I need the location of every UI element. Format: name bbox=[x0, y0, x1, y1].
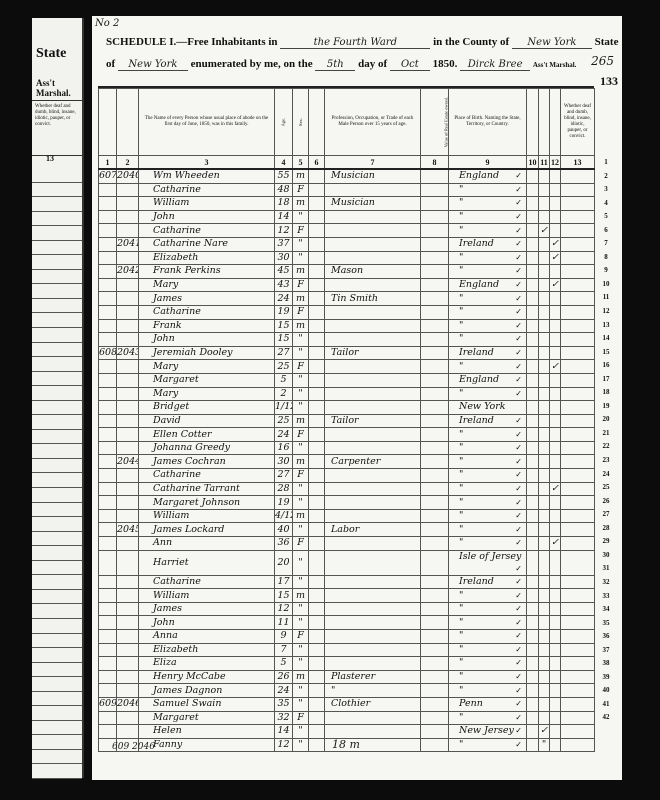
real-estate-value-cell bbox=[421, 670, 449, 684]
age-cell: 40 bbox=[275, 523, 293, 537]
real-estate-value-cell bbox=[421, 550, 449, 575]
condition-cell bbox=[561, 428, 595, 442]
cannot-read-write-cell bbox=[550, 630, 561, 644]
family-number-cell bbox=[117, 670, 139, 684]
sex-cell: " bbox=[293, 496, 309, 510]
adjacent-page-row bbox=[32, 343, 82, 358]
adjacent-page-row bbox=[32, 663, 82, 678]
color-cell bbox=[309, 589, 325, 603]
enumerator-check-mark: ✓ bbox=[515, 293, 526, 305]
color-cell bbox=[309, 738, 325, 752]
dwelling-number-cell bbox=[99, 197, 117, 211]
birthplace-cell: England✓ bbox=[449, 169, 527, 183]
occupation-cell bbox=[325, 237, 421, 251]
birthplace-cell: "✓ bbox=[449, 210, 527, 224]
person-name-cell: Anna bbox=[139, 630, 275, 644]
occupation-cell bbox=[325, 630, 421, 644]
col-header-color: Color, White, black, or mulatto. bbox=[309, 89, 325, 156]
table-row: Ann36F"✓✓ bbox=[99, 537, 595, 551]
line-number: 34 bbox=[596, 603, 616, 617]
attended-school-cell bbox=[539, 319, 550, 333]
age-cell: 24 bbox=[275, 292, 293, 306]
adjacent-page-row bbox=[32, 459, 82, 474]
sex-cell: F bbox=[293, 469, 309, 483]
married-within-year-cell bbox=[527, 292, 539, 306]
dwelling-number-cell bbox=[99, 251, 117, 265]
adjacent-page-row bbox=[32, 735, 82, 750]
state-field: New York bbox=[118, 59, 188, 71]
condition-cell bbox=[561, 575, 595, 589]
dwelling-number-cell bbox=[99, 657, 117, 671]
real-estate-value-cell bbox=[421, 725, 449, 739]
condition-cell bbox=[561, 550, 595, 575]
condition-cell bbox=[561, 684, 595, 698]
cannot-read-write-cell bbox=[550, 183, 561, 197]
table-row: Mary43FEngland✓✓ bbox=[99, 278, 595, 292]
cannot-read-write-cell bbox=[550, 643, 561, 657]
cannot-read-write-cell bbox=[550, 169, 561, 183]
dwelling-number-cell bbox=[99, 509, 117, 523]
dwelling-number-cell bbox=[99, 305, 117, 319]
enumerator-check-mark: ✓ bbox=[515, 617, 526, 629]
line-number: 12 bbox=[596, 305, 616, 319]
adjacent-page-row bbox=[32, 212, 82, 227]
month-field: Oct bbox=[390, 59, 430, 71]
age-cell: 28 bbox=[275, 482, 293, 496]
line-number: 40 bbox=[596, 684, 616, 698]
real-estate-value-cell bbox=[421, 183, 449, 197]
line-number: 4 bbox=[596, 197, 616, 211]
cannot-read-write-cell bbox=[550, 523, 561, 537]
color-cell bbox=[309, 482, 325, 496]
age-cell: 19 bbox=[275, 496, 293, 510]
age-cell: 9 bbox=[275, 630, 293, 644]
col-header-family: Families numbered in the order of visita… bbox=[117, 89, 139, 156]
occupation-cell bbox=[325, 657, 421, 671]
color-cell bbox=[309, 360, 325, 374]
person-name-cell: Elizabeth bbox=[139, 643, 275, 657]
family-number-cell: 2044 bbox=[117, 455, 139, 469]
real-estate-value-cell bbox=[421, 346, 449, 360]
enumerator-check-mark: ✓ bbox=[515, 170, 526, 182]
occupation-cell bbox=[325, 319, 421, 333]
cannot-read-write-cell bbox=[550, 738, 561, 752]
enumerator-check-mark: ✓ bbox=[515, 644, 526, 656]
cannot-read-write-cell: ✓ bbox=[550, 537, 561, 551]
color-cell bbox=[309, 575, 325, 589]
dwelling-number-cell bbox=[99, 589, 117, 603]
adjacent-page-row bbox=[32, 677, 82, 692]
col-header-condition: Whether deaf and dumb, blind, insane, id… bbox=[561, 89, 595, 156]
condition-cell bbox=[561, 319, 595, 333]
year-label: 1850. bbox=[433, 58, 458, 70]
occupation-cell bbox=[325, 305, 421, 319]
enumerated-label: enumerated by me, on the bbox=[191, 58, 313, 70]
married-within-year-cell bbox=[527, 251, 539, 265]
enumerator-check-mark: ✓ bbox=[515, 306, 526, 318]
color-cell bbox=[309, 550, 325, 575]
occupation-cell bbox=[325, 550, 421, 575]
table-row: William15m"✓ bbox=[99, 589, 595, 603]
real-estate-value-cell bbox=[421, 537, 449, 551]
occupation-cell bbox=[325, 183, 421, 197]
line-number: 33 bbox=[596, 590, 616, 604]
birthplace-cell: "✓ bbox=[449, 670, 527, 684]
schedule-label: SCHEDULE I.—Free Inhabitants in bbox=[106, 36, 278, 48]
cannot-read-write-cell bbox=[550, 550, 561, 575]
condition-cell bbox=[561, 509, 595, 523]
person-name-cell: Mary bbox=[139, 360, 275, 374]
sex-cell: F bbox=[293, 183, 309, 197]
condition-cell bbox=[561, 373, 595, 387]
married-within-year-cell bbox=[527, 441, 539, 455]
birthplace-text: " bbox=[459, 524, 463, 535]
line-number: 35 bbox=[596, 617, 616, 631]
occupation-cell bbox=[325, 333, 421, 347]
birthplace-cell: "✓ bbox=[449, 455, 527, 469]
line-number: 31 bbox=[596, 562, 616, 576]
sex-cell: F bbox=[293, 360, 309, 374]
birthplace-cell: "✓ bbox=[449, 265, 527, 279]
color-cell bbox=[309, 251, 325, 265]
dwelling-number-cell bbox=[99, 360, 117, 374]
dwelling-number-cell bbox=[99, 469, 117, 483]
real-estate-value-cell bbox=[421, 224, 449, 238]
real-estate-value-cell bbox=[421, 469, 449, 483]
real-estate-value-cell bbox=[421, 455, 449, 469]
dwelling-number-cell bbox=[99, 630, 117, 644]
birthplace-text: " bbox=[459, 184, 463, 195]
family-number-cell bbox=[117, 333, 139, 347]
condition-cell bbox=[561, 197, 595, 211]
col-header-birthplace: Place of Birth. Naming the State, Territ… bbox=[449, 89, 527, 156]
attended-school-cell bbox=[539, 616, 550, 630]
family-number-cell bbox=[117, 509, 139, 523]
age-cell: 36 bbox=[275, 537, 293, 551]
adjacent-page-row bbox=[32, 561, 82, 576]
attended-school-cell bbox=[539, 346, 550, 360]
age-cell: 19 bbox=[275, 305, 293, 319]
dwelling-number-cell bbox=[99, 373, 117, 387]
attended-school-cell bbox=[539, 589, 550, 603]
married-within-year-cell bbox=[527, 373, 539, 387]
sex-cell: F bbox=[293, 537, 309, 551]
condition-cell bbox=[561, 496, 595, 510]
age-cell: 25 bbox=[275, 360, 293, 374]
age-cell: 30 bbox=[275, 251, 293, 265]
dwelling-number-cell bbox=[99, 575, 117, 589]
real-estate-value-cell bbox=[421, 523, 449, 537]
col-header-school: Attended School within the year. bbox=[539, 89, 550, 156]
adjacent-page-row bbox=[32, 415, 82, 430]
dwelling-number-cell bbox=[99, 725, 117, 739]
sex-cell: " bbox=[293, 657, 309, 671]
adjacent-page-row bbox=[32, 692, 82, 707]
married-within-year-cell bbox=[527, 428, 539, 442]
birthplace-cell: "✓ bbox=[449, 643, 527, 657]
age-cell: 32 bbox=[275, 711, 293, 725]
cannot-read-write-cell bbox=[550, 602, 561, 616]
real-estate-value-cell bbox=[421, 684, 449, 698]
occupation-cell bbox=[325, 575, 421, 589]
person-name-cell: James bbox=[139, 602, 275, 616]
enumerator-check-mark: ✓ bbox=[515, 657, 526, 669]
line-number: 18 bbox=[596, 386, 616, 400]
person-name-cell: Frank Perkins bbox=[139, 265, 275, 279]
sex-cell: " bbox=[293, 251, 309, 265]
adjacent-page-state-label: State bbox=[36, 46, 66, 62]
condition-cell bbox=[561, 697, 595, 711]
occupation-cell bbox=[325, 251, 421, 265]
condition-cell bbox=[561, 441, 595, 455]
cannot-read-write-cell: ✓ bbox=[550, 251, 561, 265]
family-number-cell: 2043 bbox=[117, 346, 139, 360]
age-cell: 15 bbox=[275, 319, 293, 333]
attended-school-cell bbox=[539, 251, 550, 265]
birthplace-cell: Ireland✓ bbox=[449, 414, 527, 428]
person-name-cell: John bbox=[139, 333, 275, 347]
color-cell bbox=[309, 711, 325, 725]
sex-cell: m bbox=[293, 197, 309, 211]
family-number-cell bbox=[117, 575, 139, 589]
birthplace-cell: "✓ bbox=[449, 469, 527, 483]
birthplace-cell: England✓ bbox=[449, 373, 527, 387]
line-number: 14 bbox=[596, 332, 616, 346]
real-estate-value-cell bbox=[421, 373, 449, 387]
enumerator-check-mark: ✓ bbox=[515, 238, 526, 250]
attended-school-cell bbox=[539, 537, 550, 551]
sex-cell: " bbox=[293, 333, 309, 347]
condition-cell bbox=[561, 237, 595, 251]
table-row: 2041Catharine Nare37"Ireland✓✓ bbox=[99, 237, 595, 251]
dwelling-number-cell bbox=[99, 183, 117, 197]
color-cell bbox=[309, 224, 325, 238]
table-row: William18mMusician"✓ bbox=[99, 197, 595, 211]
person-name-cell: John bbox=[139, 616, 275, 630]
birthplace-cell: New Jersey✓ bbox=[449, 725, 527, 739]
family-number-cell bbox=[117, 210, 139, 224]
married-within-year-cell bbox=[527, 523, 539, 537]
attended-school-cell bbox=[539, 496, 550, 510]
adjacent-page-row bbox=[32, 764, 82, 779]
footer-tally-total: 18 m bbox=[332, 738, 360, 751]
table-row: John14""✓ bbox=[99, 210, 595, 224]
condition-cell bbox=[561, 333, 595, 347]
real-estate-value-cell bbox=[421, 401, 449, 415]
real-estate-value-cell bbox=[421, 657, 449, 671]
family-number-cell bbox=[117, 725, 139, 739]
real-estate-value-cell bbox=[421, 197, 449, 211]
adjacent-page-row bbox=[32, 634, 82, 649]
family-number-cell bbox=[117, 278, 139, 292]
age-cell: 45 bbox=[275, 265, 293, 279]
enumerator-check-mark: ✓ bbox=[515, 563, 526, 575]
occupation-cell: Tailor bbox=[325, 414, 421, 428]
occupation-cell: Mason bbox=[325, 265, 421, 279]
birthplace-text: " bbox=[459, 671, 463, 682]
adjacent-page-row bbox=[32, 604, 82, 619]
occupation-cell: " bbox=[325, 684, 421, 698]
enumerator-check-mark: ✓ bbox=[515, 347, 526, 359]
birthplace-text: " bbox=[459, 442, 463, 453]
birthplace-text: " bbox=[459, 469, 463, 480]
table-row: 2044James Cochran30mCarpenter"✓ bbox=[99, 455, 595, 469]
birthplace-text: England bbox=[459, 374, 499, 385]
cannot-read-write-cell bbox=[550, 684, 561, 698]
attended-school-cell bbox=[539, 441, 550, 455]
age-cell: 5 bbox=[275, 373, 293, 387]
person-name-cell: James Lockard bbox=[139, 523, 275, 537]
line-number: 38 bbox=[596, 657, 616, 671]
married-within-year-cell bbox=[527, 360, 539, 374]
cannot-read-write-cell: ✓ bbox=[550, 237, 561, 251]
cannot-read-write-cell bbox=[550, 265, 561, 279]
dwelling-number-cell bbox=[99, 319, 117, 333]
table-row: Anna9F"✓ bbox=[99, 630, 595, 644]
married-within-year-cell bbox=[527, 630, 539, 644]
line-number: 25 bbox=[596, 481, 616, 495]
person-name-cell: Wm Wheeden bbox=[139, 169, 275, 183]
enumerator-check-mark: ✓ bbox=[515, 576, 526, 588]
age-cell: 2 bbox=[275, 387, 293, 401]
line-number: 27 bbox=[596, 508, 616, 522]
table-row: James Dagnon24"""✓ bbox=[99, 684, 595, 698]
condition-cell bbox=[561, 482, 595, 496]
sex-cell: F bbox=[293, 630, 309, 644]
occupation-cell: Tailor bbox=[325, 346, 421, 360]
birthplace-text: " bbox=[459, 510, 463, 521]
attended-school-cell bbox=[539, 509, 550, 523]
married-within-year-cell bbox=[527, 278, 539, 292]
occupation-cell: Plasterer bbox=[325, 670, 421, 684]
sex-cell: " bbox=[293, 738, 309, 752]
marshal-label: Ass't Marshal. bbox=[533, 61, 577, 69]
attended-school-cell: ✓ bbox=[539, 224, 550, 238]
dwelling-number-cell bbox=[99, 387, 117, 401]
attended-school-cell bbox=[539, 643, 550, 657]
enumerator-check-mark: ✓ bbox=[515, 388, 526, 400]
family-number-cell bbox=[117, 657, 139, 671]
attended-school-cell bbox=[539, 237, 550, 251]
married-within-year-cell bbox=[527, 305, 539, 319]
enumerator-check-mark: ✓ bbox=[515, 333, 526, 345]
line-number: 9 bbox=[596, 264, 616, 278]
birthplace-text: Ireland bbox=[459, 576, 494, 587]
enumerator-check-mark: ✓ bbox=[515, 279, 526, 291]
sex-cell: " bbox=[293, 387, 309, 401]
age-cell: 24 bbox=[275, 684, 293, 698]
color-cell bbox=[309, 210, 325, 224]
person-name-cell: David bbox=[139, 414, 275, 428]
line-number: 23 bbox=[596, 454, 616, 468]
enumerator-check-mark: ✓ bbox=[515, 469, 526, 481]
occupation-cell bbox=[325, 725, 421, 739]
col-header-occupation: Profession, Occupation, or Trade of each… bbox=[325, 89, 421, 156]
birthplace-cell: "✓ bbox=[449, 523, 527, 537]
adjacent-page-row bbox=[32, 619, 82, 634]
birthplace-cell: "✓ bbox=[449, 224, 527, 238]
color-cell bbox=[309, 509, 325, 523]
occupation-cell: Labor bbox=[325, 523, 421, 537]
married-within-year-cell bbox=[527, 550, 539, 575]
birthplace-cell: "✓ bbox=[449, 496, 527, 510]
color-cell bbox=[309, 401, 325, 415]
birthplace-text: England bbox=[459, 279, 499, 290]
color-cell bbox=[309, 387, 325, 401]
dwelling-number-cell bbox=[99, 292, 117, 306]
color-cell bbox=[309, 630, 325, 644]
adjacent-page-row bbox=[32, 473, 82, 488]
person-name-cell: Mary bbox=[139, 387, 275, 401]
family-number-cell bbox=[117, 711, 139, 725]
cannot-read-write-cell bbox=[550, 711, 561, 725]
cannot-read-write-cell bbox=[550, 305, 561, 319]
enumerator-check-mark: ✓ bbox=[515, 537, 526, 549]
family-number-cell bbox=[117, 224, 139, 238]
line-number: 30 bbox=[596, 549, 616, 563]
cannot-read-write-cell bbox=[550, 224, 561, 238]
person-name-cell: William bbox=[139, 197, 275, 211]
real-estate-value-cell bbox=[421, 602, 449, 616]
attended-school-cell bbox=[539, 360, 550, 374]
condition-cell bbox=[561, 183, 595, 197]
person-name-cell: Henry McCabe bbox=[139, 670, 275, 684]
adjacent-page-row bbox=[32, 270, 82, 285]
age-cell: 48 bbox=[275, 183, 293, 197]
line-number: 39 bbox=[596, 671, 616, 685]
dwelling-number-cell bbox=[99, 428, 117, 442]
line-number: 5 bbox=[596, 210, 616, 224]
dwelling-number-cell bbox=[99, 482, 117, 496]
cannot-read-write-cell bbox=[550, 319, 561, 333]
table-row: Ellen Cotter24F"✓ bbox=[99, 428, 595, 442]
married-within-year-cell bbox=[527, 224, 539, 238]
occupation-cell bbox=[325, 441, 421, 455]
attended-school-cell bbox=[539, 169, 550, 183]
age-cell: 12 bbox=[275, 738, 293, 752]
table-row: John11""✓ bbox=[99, 616, 595, 630]
attended-school-cell bbox=[539, 684, 550, 698]
real-estate-value-cell bbox=[421, 292, 449, 306]
family-number-cell bbox=[117, 319, 139, 333]
person-name-cell: Eliza bbox=[139, 657, 275, 671]
sex-cell: " bbox=[293, 602, 309, 616]
color-cell bbox=[309, 428, 325, 442]
dwelling-number-cell bbox=[99, 537, 117, 551]
person-name-cell: Catharine bbox=[139, 469, 275, 483]
birthplace-text: " bbox=[459, 644, 463, 655]
family-number-cell bbox=[117, 292, 139, 306]
enumerator-check-mark: ✓ bbox=[515, 483, 526, 495]
birthplace-text: " bbox=[459, 197, 463, 208]
family-number-cell: 2041 bbox=[117, 237, 139, 251]
attended-school-cell bbox=[539, 482, 550, 496]
birthplace-cell: "✓ bbox=[449, 441, 527, 455]
family-number-cell bbox=[117, 401, 139, 415]
person-name-cell: Ann bbox=[139, 537, 275, 551]
occupation-cell bbox=[325, 711, 421, 725]
dwelling-number-cell bbox=[99, 224, 117, 238]
color-cell bbox=[309, 523, 325, 537]
adjacent-page-row bbox=[32, 430, 82, 445]
dwelling-number-cell bbox=[99, 711, 117, 725]
attended-school-cell bbox=[539, 428, 550, 442]
dwelling-number-cell bbox=[99, 401, 117, 415]
enumerator-check-mark: ✓ bbox=[515, 524, 526, 536]
cannot-read-write-cell bbox=[550, 575, 561, 589]
column-number-row: 1 2 3 4 5 6 7 8 9 10 11 12 13 bbox=[99, 156, 595, 170]
birthplace-text: " bbox=[459, 265, 463, 276]
